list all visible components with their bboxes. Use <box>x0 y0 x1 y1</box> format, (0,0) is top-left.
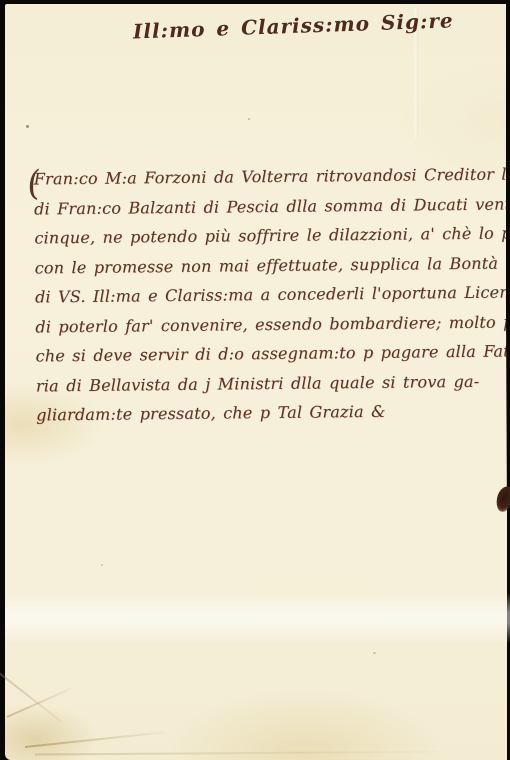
paper-crease <box>35 750 465 755</box>
manuscript-body: Fran:co M:a Forzoni da Volterra ritrovan… <box>34 160 507 430</box>
manuscript-line: gliardam:te pressato, che p Tal Grazia & <box>36 396 506 430</box>
manuscript-line: cinque, ne potendo più soffrire le dilaz… <box>34 219 504 253</box>
ink-speck <box>373 652 376 654</box>
manuscript-line: ria di Bellavista da j Ministri dlla qua… <box>36 366 506 400</box>
salutation-line: Ill:mo e Clariss:mo Sig:re <box>133 13 334 44</box>
ink-speck <box>248 118 250 120</box>
manuscript-line: di VS. Ill:ma e Clariss:ma a concederli … <box>35 278 505 312</box>
manuscript-line: Fran:co M:a Forzoni da Volterra ritrovan… <box>34 160 504 194</box>
scanned-manuscript: { "page": { "header": { "salutation": "I… <box>0 0 510 760</box>
paper-crease <box>0 672 63 723</box>
manuscript-line: che si deve servir di d:o assegnam:to p … <box>35 337 505 371</box>
paper-crease <box>25 731 164 748</box>
ink-speck <box>101 564 103 566</box>
paper-crease <box>7 688 72 718</box>
scan-edge-shadow <box>506 0 510 520</box>
manuscript-page: Ill:mo e Clariss:mo Sig:re ( Fran:co M:a… <box>5 4 507 760</box>
ink-speck <box>26 125 29 128</box>
horizontal-fold-band <box>5 592 510 644</box>
